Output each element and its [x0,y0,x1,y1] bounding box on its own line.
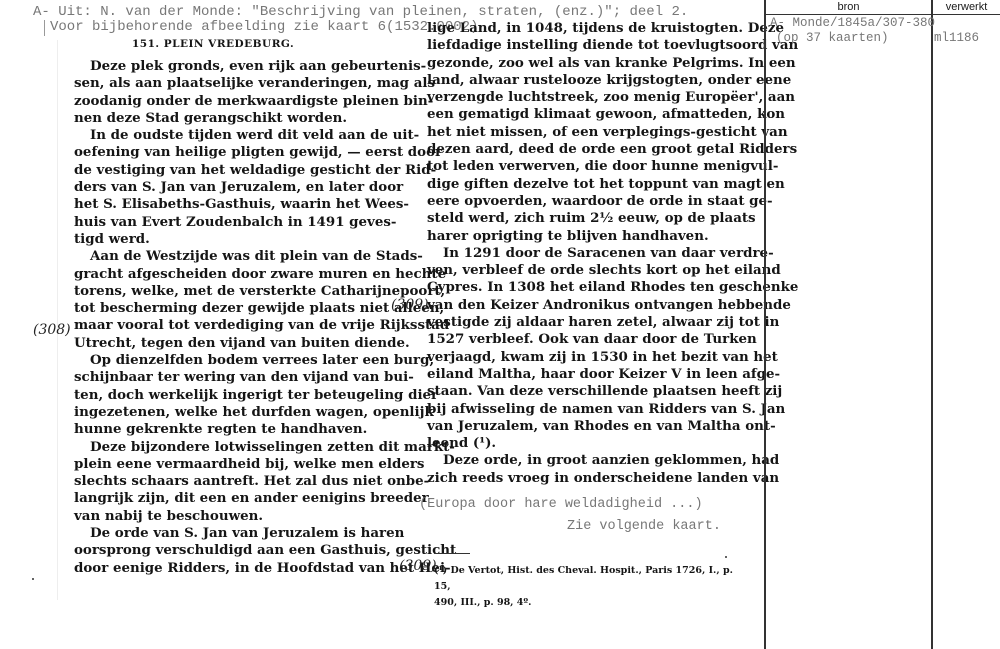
source-header: A- Uit: N. van der Monde: "Beschrijving … [33,4,688,20]
text-line: van Jeruzalem, van Rhodes en van Maltha … [427,418,727,435]
scan-speck [725,556,727,558]
text-line: ven, verbleef de orde slechts kort op he… [427,262,727,279]
text-line: tot leden verwerven, die door hunne meni… [427,158,727,175]
text-line: eere opvoerden, waardoor de orde in staa… [427,193,727,210]
right-text-column: lige Land, in 1048, tijdens de kruistogt… [427,20,727,487]
margin-page-ref-left: (308) [33,322,71,338]
text-line: slechts schaars aantreft. Het zal dus ni… [74,473,372,490]
text-line: ten, doch werkelijk ingerigt ter beteuge… [74,387,372,404]
scan-edge-rule [57,40,58,600]
text-line: oorsprong verschuldigd aan een Gasthuis,… [74,542,372,559]
text-line: zich reeds vroeg in onderscheidene lande… [427,470,727,487]
text-line: huis van Evert Zoudenbalch in 1491 geves… [74,214,372,231]
text-line: het S. Elisabeths-Gasthuis, waarin het W… [74,196,372,213]
text-line: nen deze Stad gerangschikt worden. [74,110,372,127]
text-line: ingezetenen, welke het durfden wagen, op… [74,404,372,421]
text-line: langrijk zijn, dit een en ander eenigins… [74,490,372,507]
text-line: verjaagd, kwam zij in 1530 in het bezit … [427,349,727,366]
text-line: schijnbaar ter wering van den vijand van… [74,369,372,386]
text-line: Aan de Westzijde was dit plein van de St… [74,248,372,265]
column-header-bron: bron [766,1,931,13]
text-line: De orde van S. Jan van Jeruzalem is hare… [74,525,372,542]
text-line: Utrecht, tegen den vijand van buiten die… [74,335,372,352]
text-line: vestigde zij aldaar haren zetel, alwaar … [427,314,727,331]
bron-reference: A- Monde/1845a/307-380 [770,16,935,30]
text-line: van nabij te beschouwen. [74,508,372,525]
text-line: bij afwisseling de namen van Ridders van… [427,401,727,418]
text-line: land, alwaar rustelooze krijgstogten, on… [427,72,727,89]
text-line: hunne gekrenkte regten te handhaven. [74,421,372,438]
text-line: Cypres. In 1308 het eiland Rhodes ten ge… [427,279,727,296]
text-line: maar vooral tot verdediging van de vrije… [74,317,372,334]
table-left-border [764,0,766,649]
text-line: Deze orde, in groot aanzien geklommen, h… [427,452,727,469]
text-line: Deze bijzondere lotwisselingen zetten di… [74,439,372,456]
text-line: Deze plek gronds, even rijk aan gebeurte… [74,58,372,75]
text-line: de vestiging van het weldadige gesticht … [74,162,372,179]
footnote-rule [434,553,470,554]
margin-page-ref-footnote: (309) [399,558,437,574]
text-line: tigd werd. [74,231,372,248]
text-line: eiland Maltha, haar door Keizer V in lee… [427,366,727,383]
text-line: 1527 verbleef. Ook van daar door de Turk… [427,331,727,348]
margin-page-ref-right: (309) [391,297,429,313]
text-line: plein eene vermaardheid bij, welke men e… [74,456,372,473]
footnote-line-2: 490, III., p. 98, 4º. [434,595,734,611]
text-line: zoodanig onder de merkwaardigste pleinen… [74,93,372,110]
verwerkt-code: ml1186 [934,31,979,45]
footnote-line-1: (¹) De Vertot, Hist. des Cheval. Hospit.… [434,563,734,595]
text-line: liefdadige instelling diende tot toevlug… [427,37,727,54]
text-line: harer oprigting te blijven handhaven. [427,228,727,245]
article-title: 151. PLEIN VREDEBURG. [132,38,294,50]
text-line: het niet missen, of een verplegings-gest… [427,124,727,141]
table-header-rule [764,14,1000,15]
text-line: Op dienzelfden bodem verrees later een b… [74,352,372,369]
text-line: leend (¹). [427,435,727,452]
text-line: sen, als aan plaatselijke veranderingen,… [74,75,372,92]
bron-card-count: (op 37 kaarten) [776,31,889,45]
text-line: lige Land, in 1048, tijdens de kruistogt… [427,20,727,37]
text-line: oefening van heilige pligten gewijd, — e… [74,144,372,161]
typed-continuation: (Europa door hare weldadigheid ...) [419,497,703,512]
left-text-column: Deze plek gronds, even rijk aan gebeurte… [74,58,372,577]
text-line: steld werd, zich ruim 2½ eeuw, op de pla… [427,210,727,227]
text-line: door eenige Ridders, in de Hoofdstad van… [74,560,372,577]
text-line: verzengde luchtstreek, zoo menig Europëe… [427,89,727,106]
text-line: dige giften dezelve tot het toppunt van … [427,176,727,193]
header-margin-bar [44,20,45,36]
text-line: In de oudste tijden werd dit veld aan de… [74,127,372,144]
text-line: ders van S. Jan van Jeruzalem, en later … [74,179,372,196]
text-line: gracht afgescheiden door zware muren en … [74,266,372,283]
text-line: staan. Van deze verschillende plaatsen h… [427,383,727,400]
next-card-note: Zie volgende kaart. [567,519,721,534]
text-line: van den Keizer Andronikus ontvangen hebb… [427,297,727,314]
text-line: een gematigd klimaat gewoon, afmatteden,… [427,106,727,123]
scan-speck [32,578,34,580]
column-header-verwerkt: verwerkt [933,1,1000,13]
text-line: tot bescherming dezer gewijde plaats nie… [74,300,372,317]
text-line: gezonde, zoo wel als van kranke Pelgrims… [427,55,727,72]
text-line: dezen aard, deed de orde een groot getal… [427,141,727,158]
map-reference: Voor bijbehorende afbeelding zie kaart 6… [50,19,478,35]
table-column-divider [931,0,933,649]
text-line: In 1291 door de Saracenen van daar verdr… [427,245,727,262]
text-line: torens, welke, met de versterkte Cathari… [74,283,372,300]
footnote: (¹) De Vertot, Hist. des Cheval. Hospit.… [434,563,734,611]
